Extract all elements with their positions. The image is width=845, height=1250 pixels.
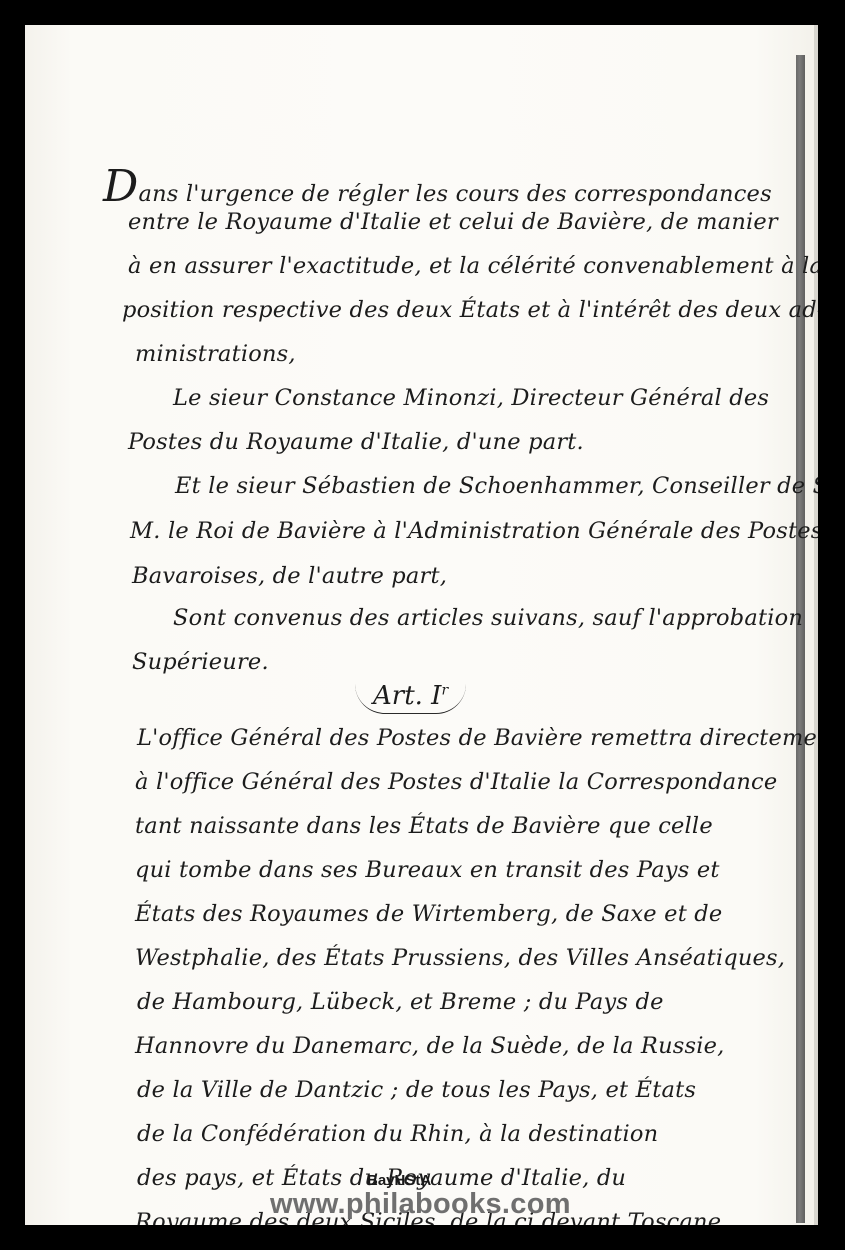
text-line: Dans l'urgence de régler les cours des c…	[103, 165, 772, 209]
text-line: de la Ville de Dantzic ; de tous les Pay…	[137, 1077, 696, 1103]
text-line: États des Royaumes de Wirtemberg, de Sax…	[135, 901, 722, 927]
article-heading: Art. Ir	[355, 681, 466, 714]
document-page: Dans l'urgence de régler les cours des c…	[25, 25, 818, 1225]
article-heading-ordinal: r	[441, 682, 448, 698]
handwritten-text-block: Dans l'urgence de régler les cours des c…	[25, 25, 818, 1225]
text-line: L'office Général des Postes de Bavière r…	[137, 725, 818, 751]
text-line: à l'office Général des Postes d'Italie l…	[135, 769, 777, 795]
site-watermark: www.philabooks.com	[270, 1188, 571, 1221]
text-line: Le sieur Constance Minonzi, Directeur Gé…	[173, 385, 769, 411]
text-line: Et le sieur Sébastien de Schoenhammer, C…	[175, 473, 818, 499]
text-line: Bavaroises, de l'autre part,	[132, 563, 447, 589]
text-line: Supérieure.	[132, 649, 269, 675]
text-line: entre le Royaume d'Italie et celui de Ba…	[128, 209, 778, 235]
text-line: Postes du Royaume d'Italie, d'une part.	[128, 429, 584, 455]
text-line: à en assurer l'exactitude, et la célérit…	[128, 253, 818, 279]
text-line: M. le Roi de Bavière à l'Administration …	[130, 518, 818, 544]
article-heading-text: Art. I	[373, 681, 441, 711]
text-line: de Hambourg, Lübeck, et Breme ; du Pays …	[137, 989, 664, 1015]
text-line: ministrations,	[135, 341, 296, 367]
text-line: tant naissante dans les États de Bavière…	[135, 813, 713, 839]
archive-stamp: BayHStA	[367, 1172, 431, 1189]
text-line: Hannovre du Danemarc, de la Suède, de la…	[135, 1033, 725, 1059]
text-line: position respective des deux États et à …	[122, 297, 818, 323]
text-line: de la Confédération du Rhin, à la destin…	[137, 1121, 658, 1147]
text-line: Westphalie, des États Prussiens, des Vil…	[135, 945, 785, 971]
text-line: qui tombe dans ses Bureaux en transit de…	[135, 857, 720, 883]
text-line: Sont convenus des articles suivans, sauf…	[173, 605, 803, 631]
